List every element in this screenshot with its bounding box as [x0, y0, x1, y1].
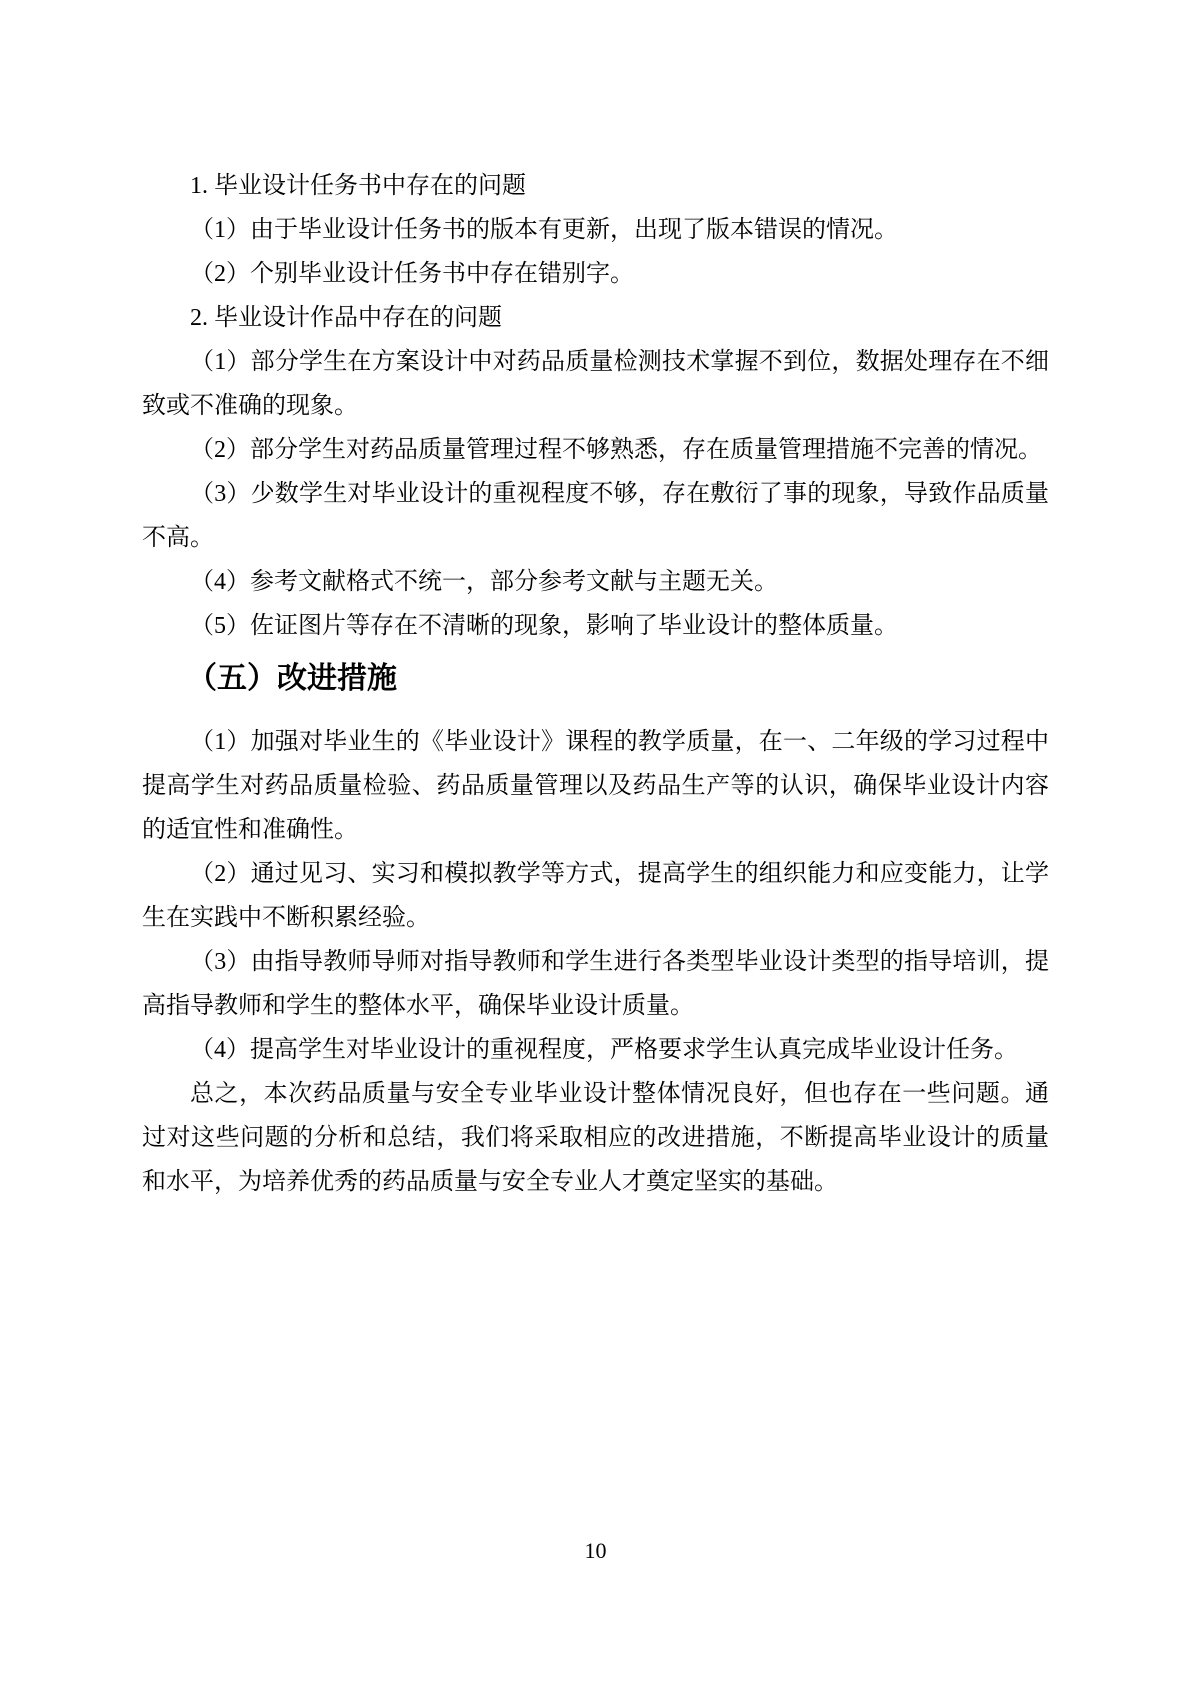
section-heading-improvement-measures: （五）改进措施	[142, 657, 1049, 701]
paragraph-measure-4: （4）提高学生对毕业设计的重视程度，严格要求学生认真完成毕业设计任务。	[142, 1028, 1049, 1072]
paragraph-measure-1: （1）加强对毕业生的《毕业设计》课程的教学质量，在一、二年级的学习过程中提高学生…	[142, 720, 1049, 852]
list-item-problems-tasks-title: 1. 毕业设计任务书中存在的问题	[142, 164, 1049, 208]
paragraph-measure-2: （2）通过见习、实习和模拟教学等方式，提高学生的组织能力和应变能力，让学生在实践…	[142, 852, 1049, 940]
document-page: 1. 毕业设计任务书中存在的问题 （1）由于毕业设计任务书的版本有更新，出现了版…	[0, 0, 1191, 1684]
list-item-quality-management: （2）部分学生对药品质量管理过程不够熟悉，存在质量管理措施不完善的情况。	[142, 428, 1049, 472]
list-item-references: （4）参考文献格式不统一，部分参考文献与主题无关。	[142, 560, 1049, 604]
paragraph-measure-3: （3）由指导教师导师对指导教师和学生进行各类型毕业设计类型的指导培训，提高指导教…	[142, 940, 1049, 1028]
list-item-task-typos: （2）个别毕业设计任务书中存在错别字。	[142, 252, 1049, 296]
list-item-unclear-images: （5）佐证图片等存在不清晰的现象，影响了毕业设计的整体质量。	[142, 604, 1049, 648]
paragraph-summary: 总之，本次药品质量与安全专业毕业设计整体情况良好，但也存在一些问题。通过对这些问…	[142, 1072, 1049, 1204]
list-item-quality-testing: （1）部分学生在方案设计中对药品质量检测技术掌握不到位，数据处理存在不细致或不准…	[142, 340, 1049, 428]
page-number: 10	[0, 1538, 1191, 1564]
list-item-problems-works-title: 2. 毕业设计作品中存在的问题	[142, 296, 1049, 340]
document-body: 1. 毕业设计任务书中存在的问题 （1）由于毕业设计任务书的版本有更新，出现了版…	[142, 164, 1049, 1204]
list-item-low-attention: （3）少数学生对毕业设计的重视程度不够，存在敷衍了事的现象，导致作品质量不高。	[142, 472, 1049, 560]
list-item-task-version: （1）由于毕业设计任务书的版本有更新，出现了版本错误的情况。	[142, 208, 1049, 252]
